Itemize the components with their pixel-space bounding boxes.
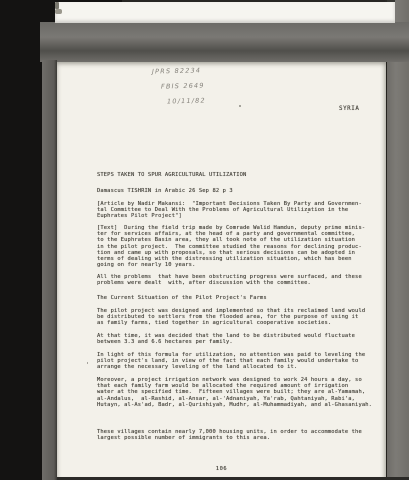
handwritten-jprs-number: JPRS 82234 [152,66,201,75]
microfilm-frame: JPRS 82234 FBIS 2649 10/11/82 SYRIA STEP… [0,0,409,480]
paragraph-body: These villages contain nearly 7,000 hous… [97,429,362,441]
film-speck [239,105,241,107]
paragraph-body: [Text] During the field trip made by Com… [97,225,365,268]
paragraph-body: Moreover, a project irrigation network w… [97,377,372,408]
source-line: Damascus TISHRIN in Arabic 26 Sep 82 p 3 [97,188,233,194]
previous-frame-strip [55,2,395,23]
page-number: 106 [57,466,386,472]
frame-edge-line [122,0,395,2]
document-page: JPRS 82234 FBIS 2649 10/11/82 SYRIA STEP… [57,62,386,480]
film-speck [87,362,88,364]
paragraph-body: In light of this formula for utilization… [97,352,365,371]
handwritten-fbis-number: FBIS 2649 [161,81,205,90]
film-gap-band [40,22,409,62]
section-heading: The Current Situation of the Pilot Proje… [97,295,267,301]
paragraph-body: All the problems that have been obstruct… [97,274,362,286]
handwritten-date: 10/11/82 [167,96,206,105]
paragraph-body: The pilot project was designed and imple… [97,308,365,327]
country-label: SYRIA [339,106,359,112]
article-title: STEPS TAKEN TO SPUR AGRICULTURAL UTILIZA… [97,172,246,178]
film-speck [307,212,309,213]
paragraph-body: At that time, it was decided that the la… [97,333,355,345]
film-margin-right [387,0,409,480]
paragraph-attribution: [Article by Nadir Makansi: "Important De… [97,201,362,220]
film-margin-left [42,60,57,480]
film-smudge [55,9,62,14]
film-smudge [55,2,59,9]
